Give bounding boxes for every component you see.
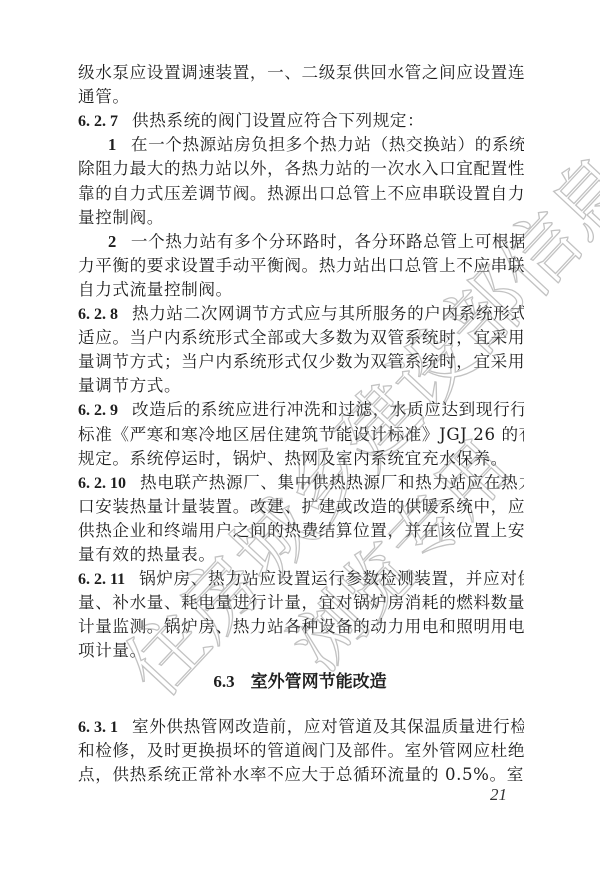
text-line: 供热企业和终端用户之间的热费结算位置，并在该位置上安装计	[78, 519, 524, 543]
text-line: 量、补水量、耗电量进行计量，宜对锅炉房消耗的燃料数量进行	[78, 591, 524, 615]
text-line: 计量监测。锅炉房、热力站各种设备的动力用电和照明用电应分	[78, 615, 524, 639]
list-item-number: 1	[108, 135, 117, 154]
line-text: 口安装热量计量装置。改建、扩建或改造的供暖系统中，应确定	[78, 497, 524, 516]
line-text: 量调节方式。	[78, 376, 181, 395]
line-text: 热电联产热源厂、集中供热热源厂和热力站应在热力出	[140, 473, 524, 492]
line-text: 自力式流量控制阀。	[78, 280, 233, 299]
text-line: 标准《严寒和寒冷地区居住建筑节能设计标准》JGJ 26 的有关	[78, 423, 524, 447]
line-text: 项计量。	[78, 641, 147, 660]
text-line: 靠的自力式压差调节阀。热源出口总管上不应串联设置自力式流	[78, 182, 524, 206]
line-text: 标准《严寒和寒冷地区居住建筑节能设计标准》JGJ 26 的有关	[78, 425, 524, 444]
clause-number: 6. 2. 8	[78, 306, 118, 323]
line-text: 力平衡的要求设置手动平衡阀。热力站出口总管上不应串联设置	[78, 256, 524, 275]
line-text: 室外供热管网改造前，应对管道及其保温质量进行检查	[132, 717, 524, 736]
line-text: 量有效的热量表。	[78, 545, 216, 564]
line-text: 热力站二次网调节方式应与其所服务的户内系统形式相	[132, 304, 524, 323]
clause-line: 6. 2. 7供热系统的阀门设置应符合下列规定：	[78, 109, 524, 133]
document-page: 级水泵应设置调速装置，一、二级泵供回水管之间应设置连通管。6. 2. 7供热系统…	[0, 0, 600, 869]
section-heading: 6.3室外管网节能改造	[0, 669, 600, 695]
clause-number: 6. 2. 9	[78, 402, 118, 419]
clause-number: 6. 2. 10	[78, 475, 126, 492]
text-line: 除阻力最大的热力站以外，各热力站的一次水入口宜配置性能可	[78, 157, 524, 181]
line-text: 规定。系统停运时，锅炉、热网及室内系统宜充水保养。	[78, 449, 508, 468]
text-line: 和检修，及时更换损坏的管道阀门及部件。室外管网应杜绝漏水	[78, 739, 524, 763]
text-line: 规定。系统停运时，锅炉、热网及室内系统宜充水保养。	[78, 447, 524, 471]
text-line: 项计量。	[78, 639, 524, 663]
clause-line: 6. 3. 1室外供热管网改造前，应对管道及其保温质量进行检查	[78, 715, 524, 739]
line-text: 量调节方式；当户内系统形式仅少数为双管系统时，宜采用定流	[78, 352, 524, 371]
clause-number: 6. 2. 11	[78, 571, 125, 588]
clause-line: 6. 2. 8热力站二次网调节方式应与其所服务的户内系统形式相	[78, 302, 524, 326]
text-line: 量控制阀。	[78, 206, 524, 230]
clause-line: 6. 2. 9改造后的系统应进行冲洗和过滤，水质应达到现行行业	[78, 398, 524, 422]
line-text: 量、补水量、耗电量进行计量，宜对锅炉房消耗的燃料数量进行	[78, 593, 524, 612]
line-text: 点，供热系统正常补水率不应大于总循环流量的 0.5%。室外管	[78, 765, 524, 784]
clause-line: 6. 2. 10热电联产热源厂、集中供热热源厂和热力站应在热力出	[78, 471, 524, 495]
line-text: 在一个热源站房负担多个热力站（热交换站）的系统中，	[131, 135, 524, 154]
line-text: 锅炉房、热力站应设置运行参数检测装置，并应对供热	[139, 569, 524, 588]
list-item-line: 2一个热力站有多个分环路时，各分环路总管上可根据水	[78, 230, 524, 254]
clause-number: 6. 2. 7	[78, 113, 118, 130]
line-text: 通管。	[78, 87, 130, 106]
line-text: 靠的自力式压差调节阀。热源出口总管上不应串联设置自力式流	[78, 184, 524, 203]
list-item-line: 1在一个热源站房负担多个热力站（热交换站）的系统中，	[78, 133, 524, 157]
line-text: 一个热力站有多个分环路时，各分环路总管上可根据水	[131, 232, 524, 251]
section-heading-number: 6.3	[213, 672, 234, 691]
line-text: 和检修，及时更换损坏的管道阀门及部件。室外管网应杜绝漏水	[78, 741, 524, 760]
clause-line: 6. 2. 11锅炉房、热力站应设置运行参数检测装置，并应对供热	[78, 567, 524, 591]
page-number: 21	[490, 785, 507, 805]
line-text: 适应。当户内系统形式全部或大多数为双管系统时，宜采用变流	[78, 328, 524, 347]
text-line: 自力式流量控制阀。	[78, 278, 524, 302]
text-line: 量有效的热量表。	[78, 543, 524, 567]
line-text: 级水泵应设置调速装置，一、二级泵供回水管之间应设置连	[78, 63, 524, 82]
text-line: 口安装热量计量装置。改建、扩建或改造的供暖系统中，应确定	[78, 495, 524, 519]
text-line: 点，供热系统正常补水率不应大于总循环流量的 0.5%。室外管	[78, 763, 524, 787]
text-line: 通管。	[78, 85, 524, 109]
section-heading-title: 室外管网节能改造	[251, 672, 387, 692]
line-text: 除阻力最大的热力站以外，各热力站的一次水入口宜配置性能可	[78, 159, 524, 178]
line-text: 供热系统的阀门设置应符合下列规定：	[132, 111, 424, 130]
text-line: 量调节方式；当户内系统形式仅少数为双管系统时，宜采用定流	[78, 350, 524, 374]
text-line: 适应。当户内系统形式全部或大多数为双管系统时，宜采用变流	[78, 326, 524, 350]
line-text: 供热企业和终端用户之间的热费结算位置，并在该位置上安装计	[78, 521, 524, 540]
line-text: 计量监测。锅炉房、热力站各种设备的动力用电和照明用电应分	[78, 617, 524, 636]
clause-number: 6. 3. 1	[78, 719, 118, 736]
text-line: 力平衡的要求设置手动平衡阀。热力站出口总管上不应串联设置	[78, 254, 524, 278]
line-text: 改造后的系统应进行冲洗和过滤，水质应达到现行行业	[132, 400, 524, 419]
line-text: 量控制阀。	[78, 208, 164, 227]
text-line: 级水泵应设置调速装置，一、二级泵供回水管之间应设置连	[78, 61, 524, 85]
text-line: 量调节方式。	[78, 374, 524, 398]
list-item-number: 2	[108, 232, 117, 251]
